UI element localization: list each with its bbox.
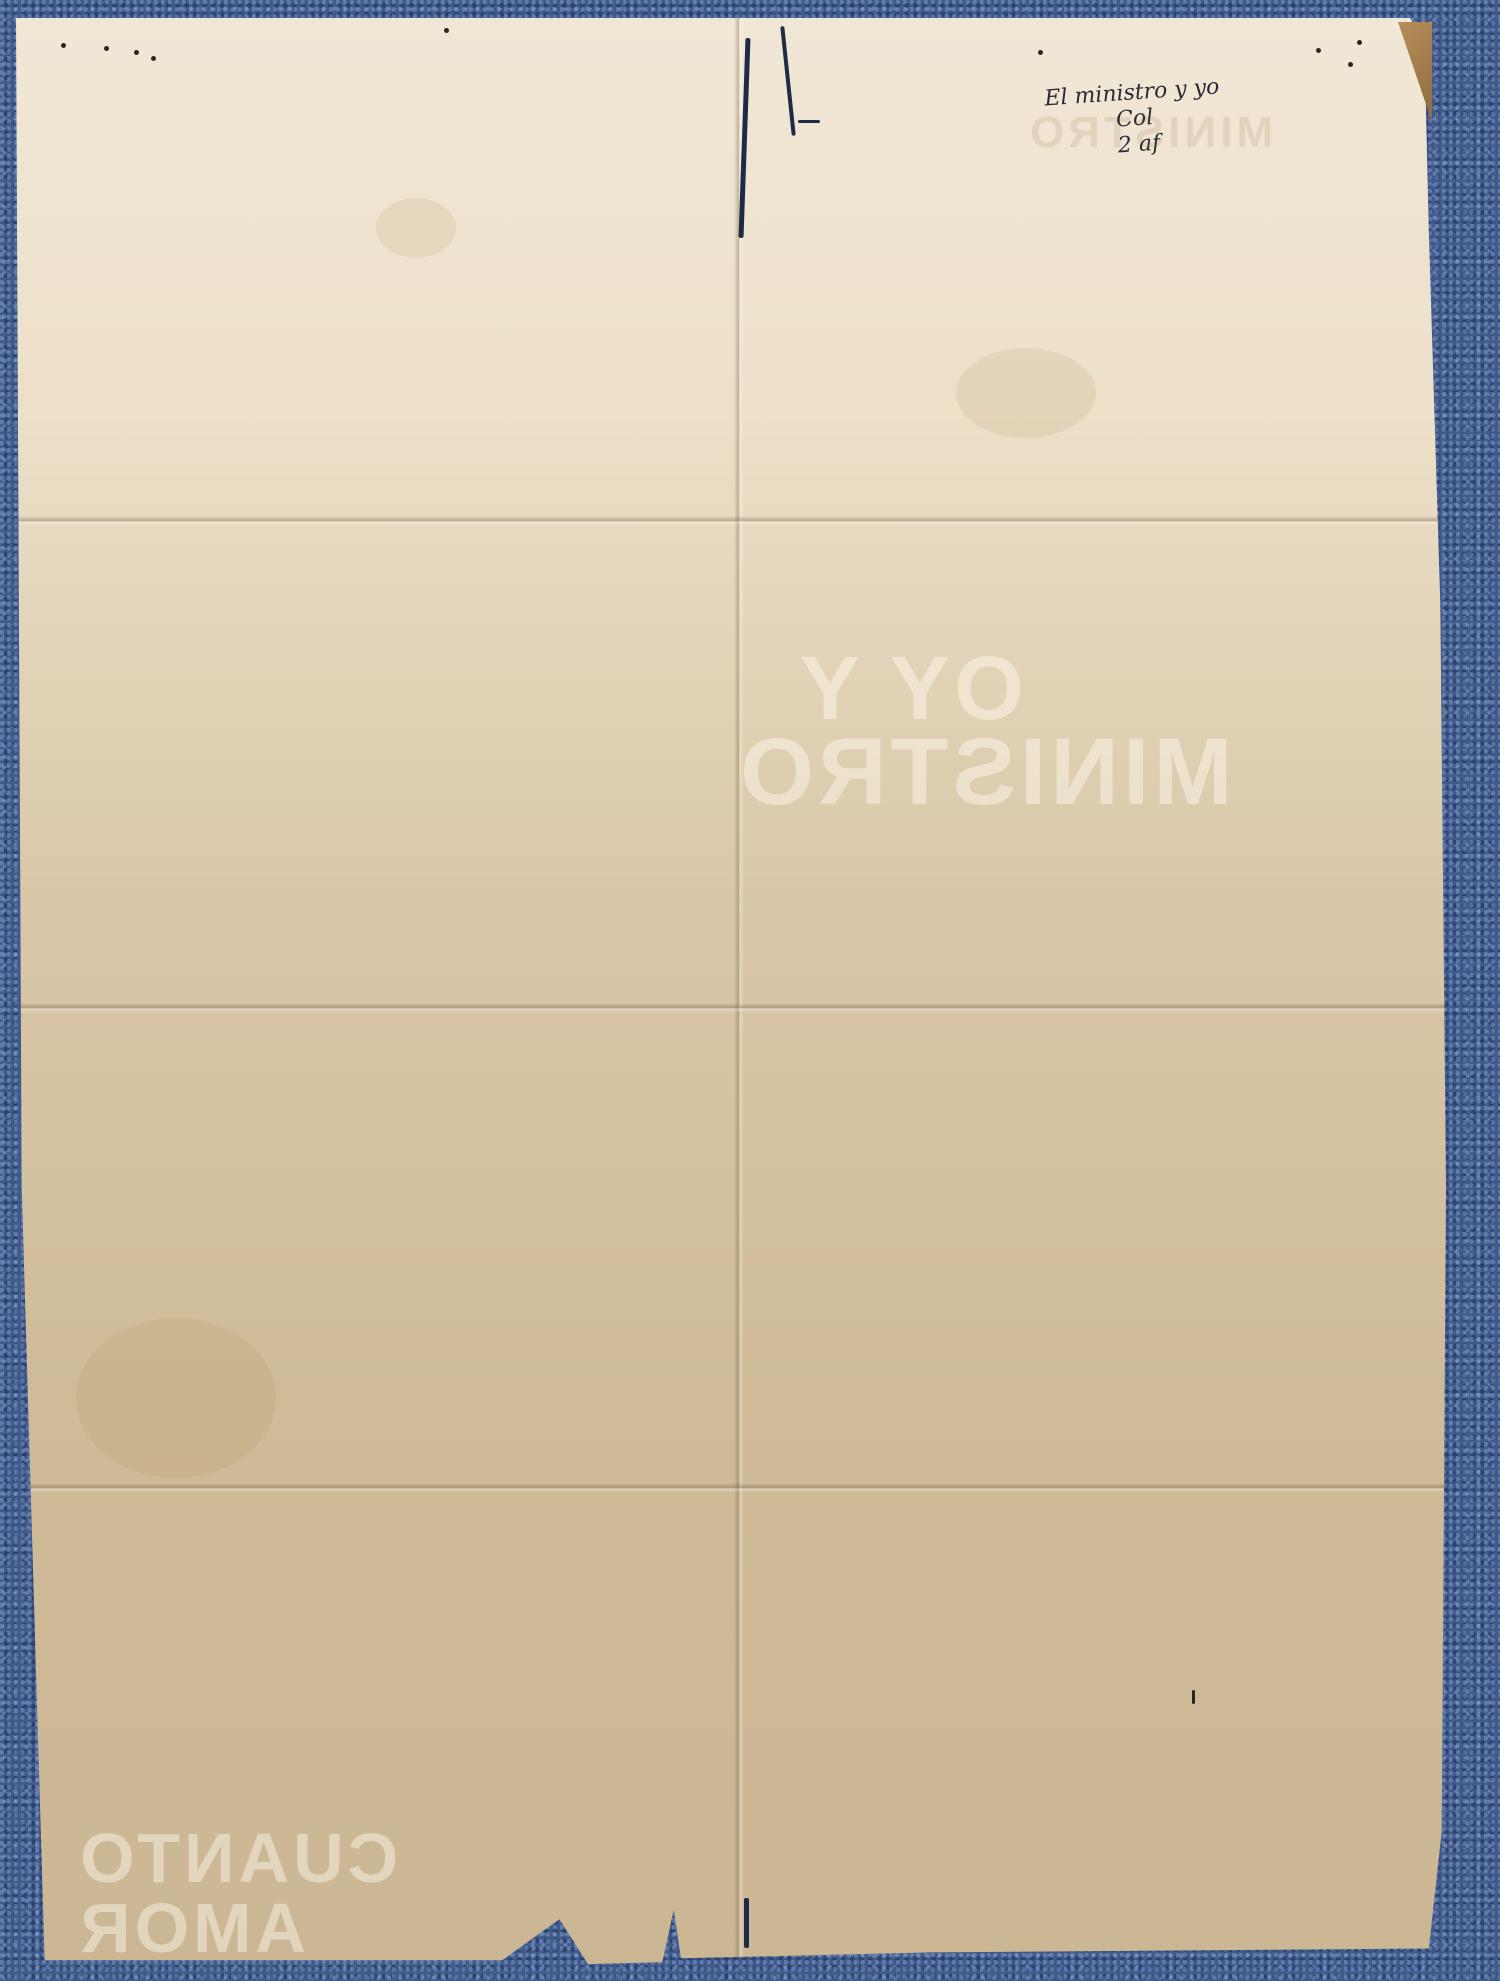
speck (134, 50, 139, 55)
paper-tear (744, 1898, 749, 1948)
speck (61, 43, 66, 48)
horizontal-fold-crease (16, 1483, 1446, 1493)
vertical-fold-crease (734, 18, 744, 1968)
bleed-through-text: CUANTO (76, 1818, 398, 1898)
water-stain (376, 198, 456, 258)
bleed-through-text: MINISTRO (736, 718, 1232, 827)
speck (104, 46, 109, 51)
speck (1316, 48, 1321, 53)
bleed-through-text: AMOR (76, 1888, 306, 1968)
handwritten-note: El ministro y yo Col 2 af (1044, 66, 1349, 165)
horizontal-fold-crease (16, 516, 1446, 526)
speck (1357, 40, 1362, 45)
speck (1192, 1690, 1195, 1704)
speck (1348, 62, 1353, 67)
folded-poster: MINISTRO OY Y MINISTRO CUANTO AMOR El mi… (16, 18, 1446, 1968)
paper-tear (798, 120, 820, 123)
horizontal-fold-crease (16, 1003, 1446, 1013)
speck (151, 56, 156, 61)
speck (1038, 50, 1043, 55)
speck (444, 28, 449, 33)
water-stain (76, 1318, 276, 1478)
water-stain (956, 348, 1096, 438)
paper-tear (780, 26, 795, 136)
speck (1442, 303, 1447, 308)
